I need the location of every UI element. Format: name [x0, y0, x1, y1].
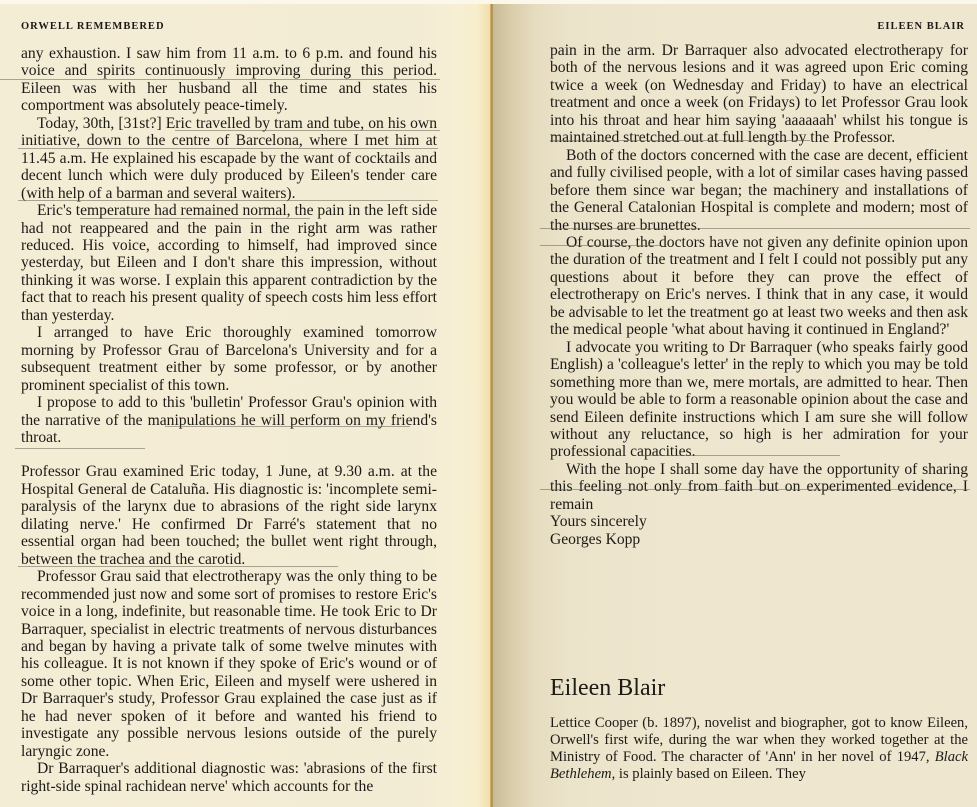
pencil-underline: [18, 200, 438, 201]
section-intro: Lettice Cooper (b. 1897), novelist and b…: [550, 715, 968, 783]
paragraph: pain in the arm. Dr Barraquer also advoc…: [550, 42, 968, 147]
pencil-underline: [15, 448, 145, 449]
pencil-underline: [540, 228, 970, 229]
paragraph: With the hope I shall some day have the …: [550, 461, 968, 513]
right-page-body: pain in the arm. Dr Barraquer also advoc…: [550, 42, 968, 548]
pencil-underline: [165, 426, 410, 427]
intro-text: , is plainly based on Eileen. They: [612, 766, 806, 782]
pencil-underline: [80, 218, 310, 219]
paragraph: Dr Barraquer's additional diagnostic was…: [21, 760, 437, 795]
left-page-body: any exhaustion. I saw him from 11 a.m. t…: [21, 45, 437, 795]
paragraph: Professor Grau said that electrotherapy …: [21, 568, 437, 760]
letter-closing: Yours sincerely: [550, 513, 968, 530]
paragraph: Of course, the doctors have not given an…: [550, 234, 968, 339]
pencil-underline: [640, 455, 840, 456]
paragraph: I arranged to have Eric thoroughly exami…: [21, 324, 437, 394]
book-gutter: [490, 0, 493, 807]
intro-text: Lettice Cooper (b. 1897), novelist and b…: [550, 715, 968, 765]
paragraph: Today, 30th, [31st?] Eric travelled by t…: [21, 115, 437, 202]
page-top-edge: [0, 0, 977, 4]
pencil-underline: [540, 245, 660, 246]
pencil-underline: [540, 489, 970, 490]
running-head-left: ORWELL REMEMBERED: [21, 21, 165, 32]
pencil-underline: [175, 130, 440, 131]
pencil-underline: [550, 140, 810, 141]
paragraph: I advocate you writing to Dr Barraquer (…: [550, 339, 968, 461]
paragraph: Professor Grau examined Eric today, 1 Ju…: [21, 463, 437, 568]
left-page: ORWELL REMEMBERED any exhaustion. I saw …: [0, 0, 492, 807]
letter-signature: Georges Kopp: [550, 531, 968, 548]
section-title: Eileen Blair: [550, 675, 665, 702]
paragraph: Both of the doctors concerned with the c…: [550, 147, 968, 234]
paragraph: Eric's temperature had remained normal, …: [21, 202, 437, 324]
pencil-underline: [18, 148, 438, 149]
pencil-underline: [0, 79, 440, 80]
running-head-right: EILEEN BLAIR: [877, 21, 965, 32]
paragraph: I propose to add to this 'bulletin' Prof…: [21, 394, 437, 446]
pencil-underline: [18, 566, 338, 567]
